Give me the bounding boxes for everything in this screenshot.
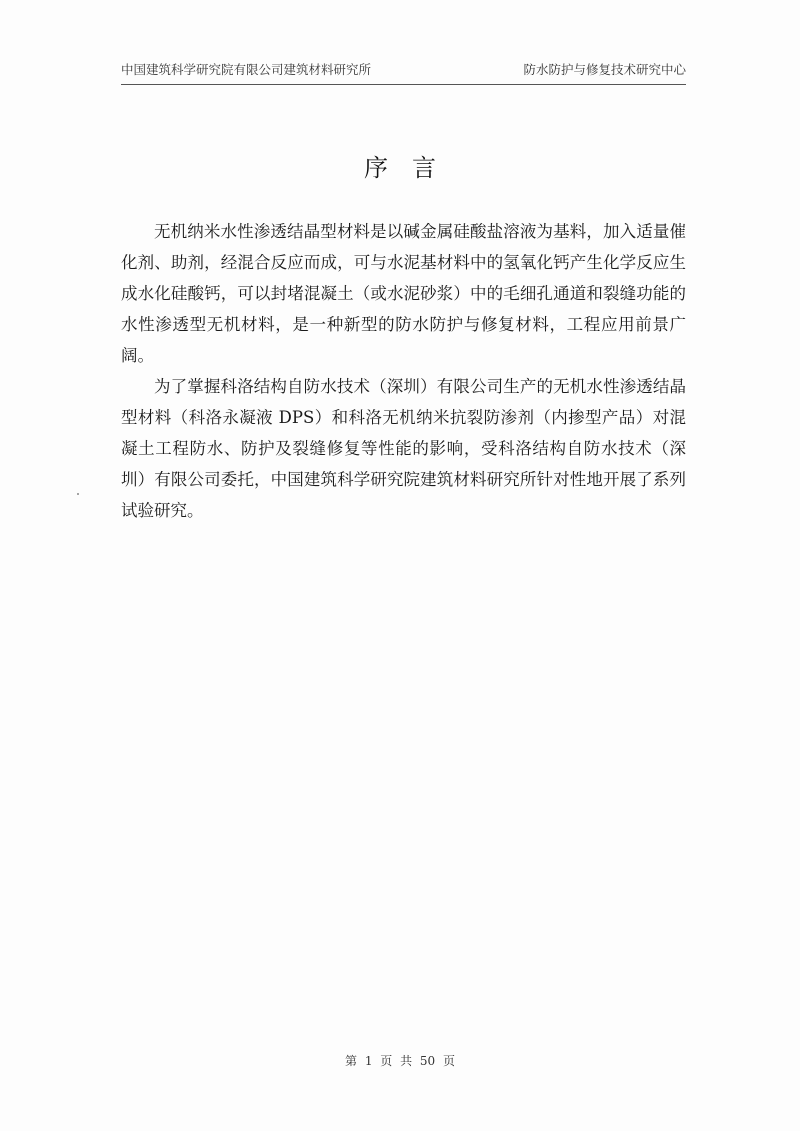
header-organization: 中国建筑科学研究院有限公司建筑材料研究所 bbox=[121, 60, 371, 78]
paragraph-1: 无机纳米水性渗透结晶型材料是以碱金属硅酸盐溶液为基料，加入适量催化剂、助剂，经混… bbox=[121, 216, 686, 371]
page-number: 第 1 页 共 50 页 bbox=[0, 1052, 800, 1069]
page-title: 序言 bbox=[0, 148, 800, 183]
page-header: 中国建筑科学研究院有限公司建筑材料研究所 防水防护与修复技术研究中心 bbox=[121, 60, 686, 85]
header-department: 防水防护与修复技术研究中心 bbox=[523, 60, 686, 78]
paragraph-2: 为了掌握科洛结构自防水技术（深圳）有限公司生产的无机水性渗透结晶型材料（科洛永凝… bbox=[121, 371, 686, 526]
scan-speck bbox=[77, 493, 79, 495]
body-text: 无机纳米水性渗透结晶型材料是以碱金属硅酸盐溶液为基料，加入适量催化剂、助剂，经混… bbox=[121, 216, 686, 526]
